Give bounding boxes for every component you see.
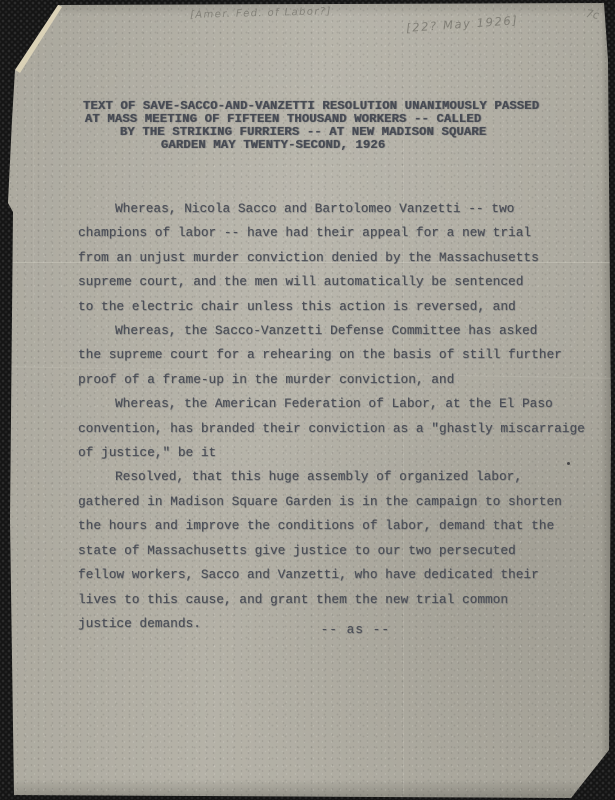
- vertical-fold-crease: [33, 70, 35, 300]
- text-line: state of Massachusetts give justice to o…: [78, 539, 585, 563]
- text-line-end: justice demands.: [78, 616, 201, 631]
- pencil-annotation-archive: [Amer. Fed. of Labor?]: [190, 6, 332, 21]
- text-line: Whereas, Nicola Sacco and Bartolomeo Van…: [78, 197, 585, 221]
- text-line: to the electric chair unless this action…: [78, 295, 585, 319]
- scan-background: [Amer. Fed. of Labor?] [22? May 1926] 7c…: [0, 0, 615, 800]
- text-line: gathered in Madison Square Garden is in …: [78, 490, 585, 514]
- document-page: [Amer. Fed. of Labor?] [22? May 1926] 7c…: [0, 0, 615, 800]
- pencil-annotation-corner-mark: 7c: [585, 7, 600, 22]
- text-line: champions of labor -- have had their app…: [78, 221, 585, 245]
- text-line: Whereas, the Sacco-Vanzetti Defense Comm…: [78, 319, 585, 343]
- text-line: fellow workers, Sacco and Vanzetti, who …: [78, 563, 585, 587]
- text-line: Whereas, the American Federation of Labo…: [78, 392, 585, 416]
- ink-speck: [567, 462, 570, 465]
- text-line: the supreme court for a rehearing on the…: [78, 343, 585, 367]
- text-line: proof of a frame-up in the murder convic…: [78, 368, 585, 392]
- end-mark: -- as --: [321, 622, 390, 637]
- document-title: TEXT OF SAVE-SACCO-AND-VANZETTI RESOLUTI…: [56, 100, 566, 152]
- text-line: Resolved, that this huge assembly of org…: [78, 465, 585, 489]
- text-line: the hours and improve the conditions of …: [78, 514, 585, 538]
- text-line: justice demands. -- as --: [78, 612, 585, 636]
- text-line: convention, has branded their conviction…: [78, 417, 585, 441]
- text-line: from an unjust murder conviction denied …: [78, 246, 585, 270]
- text-line: of justice," be it: [78, 441, 585, 465]
- title-line: GARDEN MAY TWENTY-SECOND, 1926: [18, 139, 528, 152]
- text-line: supreme court, and the men will automati…: [78, 270, 585, 294]
- document-body: Whereas, Nicola Sacco and Bartolomeo Van…: [78, 197, 585, 636]
- text-line: lives to this cause, and grant them the …: [78, 588, 585, 612]
- pencil-annotation-date: [22? May 1926]: [406, 13, 519, 35]
